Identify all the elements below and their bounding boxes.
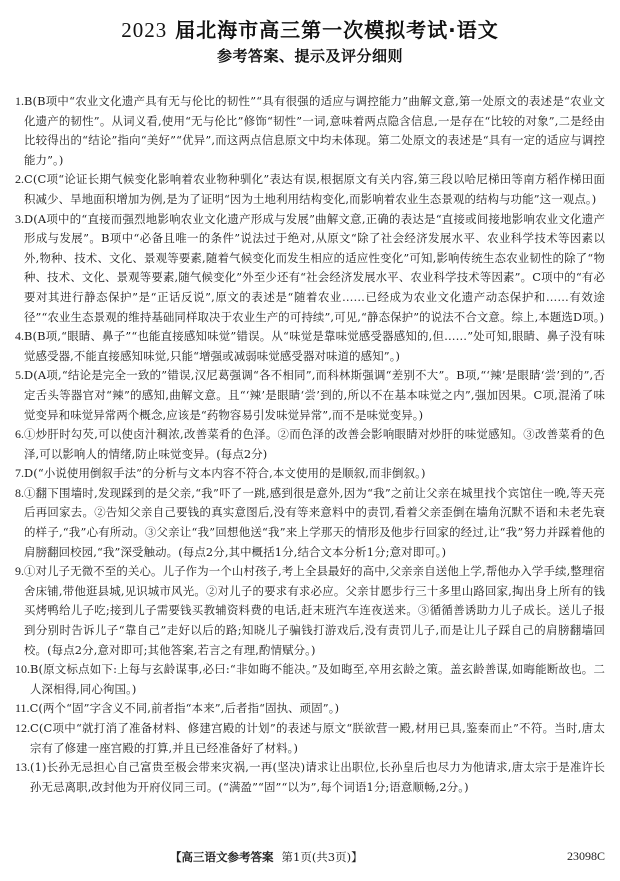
answer-number: 6.	[15, 425, 24, 464]
answer-text: ①对儿子无微不至的关心。儿子作为一个山村孩子,考上全县最好的高中,父亲亲自送他上…	[24, 562, 605, 660]
answer-number: 13.	[15, 758, 30, 797]
answer-number: 5.	[15, 366, 24, 425]
answer-item-11: 11.C(两个“固”字含义不同,前者指“本来”,后者指“固执、顽固”。)	[15, 699, 605, 719]
answer-text: ①炒肝时勾芡,可以使卤汁稠浓,改善菜肴的色泽。②而色泽的改善会影响眼睛对炒肝的味…	[24, 425, 605, 464]
answer-text: D(A项,“结论是完全一致的”错误,汉尼葛强调“各不相同”,而科林斯强调“差别不…	[24, 366, 605, 425]
answer-number: 8.	[15, 484, 24, 562]
document-title: 2023 届北海市高三第一次模拟考试·语文	[0, 14, 620, 43]
answer-text: B(B项,“眼睛、鼻子”“也能直接感知味觉”错误。从“味觉是靠味觉感受器感知的,…	[24, 327, 605, 366]
answer-number: 1.	[15, 92, 24, 170]
answer-number: 2.	[15, 170, 24, 209]
answer-item-3: 3.D(A项中的“直接而强烈地影响农业文化遗产形成与发展”曲解文意,正确的表达是…	[15, 210, 605, 328]
answer-item-2: 2.C(C项“论证长期气候变化影响着农业物种驯化”表达有误,根据原文有关内容,第…	[15, 170, 605, 209]
title-year: 2023	[121, 18, 167, 42]
answer-item-4: 4.B(B项,“眼睛、鼻子”“也能直接感知味觉”错误。从“味觉是靠味觉感受器感知…	[15, 327, 605, 366]
answer-text: B(原文标点如下:上每与玄龄谋事,必曰:“非如晦不能决。”及如晦至,卒用玄龄之策…	[30, 660, 605, 699]
answer-item-7: 7.D(“小说使用倒叙手法”的分析与文本内容不符合,本文使用的是顺叙,而非倒叙。…	[15, 464, 605, 484]
footer-doc-code: 23098C	[567, 849, 605, 864]
answer-item-8: 8.①翻下围墙时,发现踩到的是父亲,“我”吓了一跳,感到很是意外,因为“我”之前…	[15, 484, 605, 562]
answer-number: 3.	[15, 210, 24, 328]
answer-number: 12.	[15, 719, 30, 758]
answer-list: 1.B(B项中“农业文化遗产具有无与伦比的韧性”“具有很强的适应与调控能力”曲解…	[15, 92, 605, 797]
answer-number: 7.	[15, 464, 24, 484]
answer-number: 11.	[15, 699, 30, 719]
answer-item-5: 5.D(A项,“结论是完全一致的”错误,汉尼葛强调“各不相同”,而科林斯强调“差…	[15, 366, 605, 425]
answer-text: D(A项中的“直接而强烈地影响农业文化遗产形成与发展”曲解文意,正确的表达是“直…	[24, 210, 605, 328]
answer-item-10: 10.B(原文标点如下:上每与玄龄谋事,必曰:“非如晦不能决。”及如晦至,卒用玄…	[15, 660, 605, 699]
answer-number: 9.	[15, 562, 24, 660]
answer-item-13: 13.(1)长孙无忌担心自己富贵至极会带来灾祸,一再(坚决)请求让出职位,长孙皇…	[15, 758, 605, 797]
answer-item-12: 12.C(C项中“就打消了准备材料、修建宫殿的计划”的表述与原文“朕欲营一殿,材…	[15, 719, 605, 758]
answer-text: C(C项中“就打消了准备材料、修建宫殿的计划”的表述与原文“朕欲营一殿,材用已具…	[30, 719, 605, 758]
footer-doc-label: 【高三语文参考答案	[170, 850, 274, 864]
answer-number: 4.	[15, 327, 24, 366]
answer-text: ①翻下围墙时,发现踩到的是父亲,“我”吓了一跳,感到很是意外,因为“我”之前让父…	[24, 484, 605, 562]
footer-page-info: 第1页(共3页)】	[282, 850, 363, 864]
answer-item-1: 1.B(B项中“农业文化遗产具有无与伦比的韧性”“具有很强的适应与调控能力”曲解…	[15, 92, 605, 170]
document-subtitle: 参考答案、提示及评分细则	[0, 45, 620, 66]
answer-text: B(B项中“农业文化遗产具有无与伦比的韧性”“具有很强的适应与调控能力”曲解文意…	[24, 92, 605, 170]
answer-item-6: 6.①炒肝时勾芡,可以使卤汁稠浓,改善菜肴的色泽。②而色泽的改善会影响眼睛对炒肝…	[15, 425, 605, 464]
page-footer: 【高三语文参考答案第1页(共3页)】 23098C	[0, 849, 620, 869]
footer-page-label: 【高三语文参考答案第1页(共3页)】	[170, 849, 363, 865]
answer-text: (1)长孙无忌担心自己富贵至极会带来灾祸,一再(坚决)请求让出职位,长孙皇后也尽…	[30, 758, 605, 797]
answer-text: C(两个“固”字含义不同,前者指“本来”,后者指“固执、顽固”。)	[30, 699, 605, 719]
answer-text: C(C项“论证长期气候变化影响着农业物种驯化”表达有误,根据原文有关内容,第三段…	[24, 170, 605, 209]
title-text: 届北海市高三第一次模拟考试·语文	[175, 18, 499, 42]
answer-number: 10.	[15, 660, 30, 699]
answer-item-9: 9.①对儿子无微不至的关心。儿子作为一个山村孩子,考上全县最好的高中,父亲亲自送…	[15, 562, 605, 660]
answer-text: D(“小说使用倒叙手法”的分析与文本内容不符合,本文使用的是顺叙,而非倒叙。)	[24, 464, 605, 484]
